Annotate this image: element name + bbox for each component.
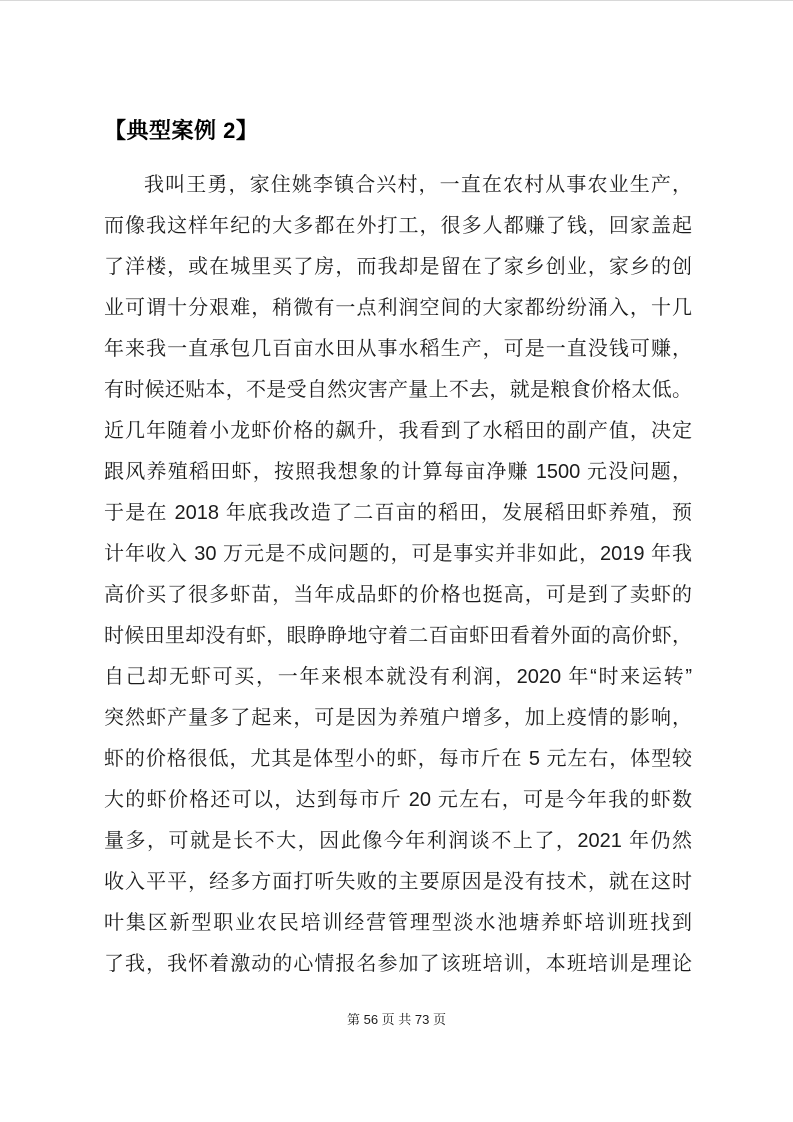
paragraph-line: 了我，我怀着激动的心情报名参加了该班培训，本班培训是理论	[104, 944, 692, 985]
paragraph-line: 自己却无虾可买，一年来根本就没有利润，2020 年“时来运转”	[104, 657, 692, 698]
paragraph-line: 叶集区新型职业农民培训经营管理型淡水池塘养虾培训班找到	[104, 903, 692, 944]
paragraph-line: 年来我一直承包几百亩水田从事水稻生产，可是一直没钱可赚，	[104, 329, 692, 370]
paragraph-line: 跟风养殖稻田虾，按照我想象的计算每亩净赚 1500 元没问题，	[104, 452, 692, 493]
paragraph-line: 收入平平，经多方面打听失败的主要原因是没有技术，就在这时	[104, 862, 692, 903]
section-heading: 【典型案例 2】	[104, 115, 692, 147]
page-content: 【典型案例 2】 我叫王勇，家住姚李镇合兴村，一直在农村从事农业生产，而像我这样…	[104, 115, 692, 985]
paragraph-line: 了洋楼，或在城里买了房，而我却是留在了家乡创业，家乡的创	[104, 247, 692, 288]
paragraph-line: 近几年随着小龙虾价格的飙升，我看到了水稻田的副产值，决定	[104, 411, 692, 452]
paragraph-line: 大的虾价格还可以，达到每市斤 20 元左右，可是今年我的虾数	[104, 780, 692, 821]
paragraph-line: 有时候还贴本，不是受自然灾害产量上不去，就是粮食价格太低。	[104, 370, 692, 411]
paragraph-line: 高价买了很多虾苗，当年成品虾的价格也挺高，可是到了卖虾的	[104, 575, 692, 616]
paragraph-line: 突然虾产量多了起来，可是因为养殖户增多，加上疫情的影响，	[104, 698, 692, 739]
case-paragraph: 我叫王勇，家住姚李镇合兴村，一直在农村从事农业生产，而像我这样年纪的大多都在外打…	[104, 165, 692, 985]
paragraph-line: 时候田里却没有虾，眼睁睁地守着二百亩虾田看着外面的高价虾，	[104, 616, 692, 657]
paragraph-line: 虾的价格很低，尤其是体型小的虾，每市斤在 5 元左右，体型较	[104, 739, 692, 780]
paragraph-line: 而像我这样年纪的大多都在外打工，很多人都赚了钱，回家盖起	[104, 206, 692, 247]
paragraph-line: 量多，可就是长不大，因此像今年利润谈不上了，2021 年仍然	[104, 821, 692, 862]
paragraph-line: 计年收入 30 万元是不成问题的，可是事实并非如此，2019 年我	[104, 534, 692, 575]
document-page: 【典型案例 2】 我叫王勇，家住姚李镇合兴村，一直在农村从事农业生产，而像我这样…	[0, 1, 793, 1122]
paragraph-line: 我叫王勇，家住姚李镇合兴村，一直在农村从事农业生产，	[104, 165, 692, 206]
paragraph-line: 于是在 2018 年底我改造了二百亩的稻田，发展稻田虾养殖，预	[104, 493, 692, 534]
page-number-footer: 第 56 页 共 73 页	[0, 1009, 793, 1028]
paragraph-line: 业可谓十分艰难，稍微有一点利润空间的大家都纷纷涌入，十几	[104, 288, 692, 329]
